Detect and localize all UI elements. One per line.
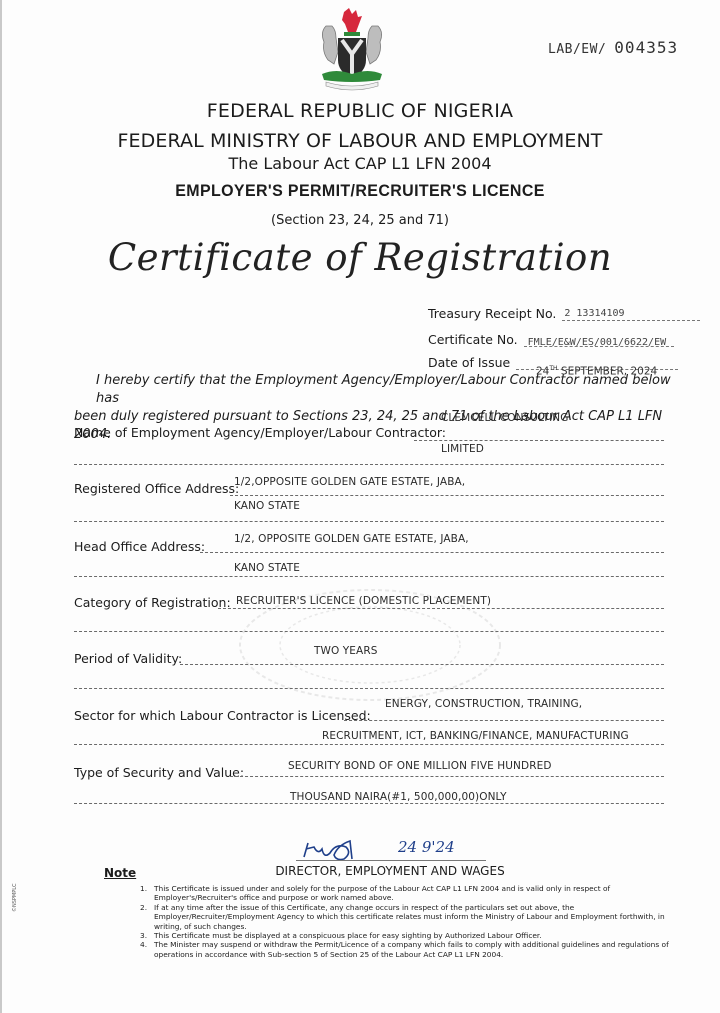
category-rule-2 xyxy=(74,631,664,632)
sector-value-line-1: ENERGY, CONSTRUCTION, TRAINING, xyxy=(385,698,582,710)
certificate-page: LAB/EW/004353 FEDERAL REPUBLIC OF NIGERI… xyxy=(0,0,720,1013)
treasury-receipt-row: Treasury Receipt No. 2 13314109 xyxy=(428,305,700,321)
treasury-receipt-label: Treasury Receipt No. xyxy=(428,306,556,321)
name-value-line-1: CLEMCELL CONSULTING xyxy=(441,412,569,424)
note-item: 2.If at any time after the issue of this… xyxy=(140,903,680,931)
category-value: RECRUITER'S LICENCE (DOMESTIC PLACEMENT) xyxy=(236,595,491,607)
category-rule-1 xyxy=(218,608,664,609)
security-label: Type of Security and Value: xyxy=(74,765,244,780)
certificate-no-label: Certificate No. xyxy=(428,332,518,347)
head-office-rule-2 xyxy=(74,576,664,577)
certificate-no-value: FMLE/E&W/ES/001/6622/EW xyxy=(528,337,666,348)
security-value-line-2: THOUSAND NAIRA(#1, 500,000,00)ONLY xyxy=(290,791,507,803)
registered-office-line-1: 1/2,OPPOSITE GOLDEN GATE ESTATE, JABA, xyxy=(234,476,465,488)
validity-rule-2 xyxy=(74,688,664,689)
sector-label: Sector for which Labour Contractor is Li… xyxy=(74,708,371,723)
name-rule-1 xyxy=(414,440,664,441)
nigeria-coat-of-arms-icon xyxy=(316,8,388,94)
notes-list: 1.This Certificate is issued under and s… xyxy=(140,884,680,959)
act-heading: The Labour Act CAP L1 LFN 2004 xyxy=(0,154,720,173)
validity-value: TWO YEARS xyxy=(314,645,378,657)
head-office-rule-1 xyxy=(200,552,664,553)
sector-rule-2 xyxy=(74,744,664,745)
signature-date: 24 9'24 xyxy=(398,838,455,856)
serial-prefix: LAB/EW/ xyxy=(548,42,606,57)
name-rule-2 xyxy=(74,464,664,465)
treasury-receipt-value: 2 13314109 xyxy=(564,308,624,319)
security-value-line-1: SECURITY BOND OF ONE MILLION FIVE HUNDRE… xyxy=(288,760,552,772)
note-item: 4.The Minister may suspend or withdraw t… xyxy=(140,940,680,959)
name-value-line-2: LIMITED xyxy=(441,443,484,455)
registered-office-line-2: KANO STATE xyxy=(234,500,300,512)
security-rule-2 xyxy=(74,803,664,804)
name-label: Name of Employment Agency/Employer/Labou… xyxy=(74,425,446,440)
signature-line xyxy=(296,860,486,861)
certificate-title: Certificate of Registration xyxy=(0,236,720,279)
date-of-issue-label: Date of Issue xyxy=(428,355,510,370)
registered-office-label: Registered Office Address: xyxy=(74,481,239,496)
security-rule-1 xyxy=(230,776,664,777)
validity-rule-1 xyxy=(180,664,664,665)
sector-rule-1 xyxy=(344,720,664,721)
sections-subheading: (Section 23, 24, 25 and 71) xyxy=(0,213,720,228)
registered-office-rule-1 xyxy=(230,495,664,496)
category-label: Category of Registration: xyxy=(74,595,231,610)
note-item: 1.This Certificate is issued under and s… xyxy=(140,884,680,903)
note-item: 3.This Certificate must be displayed at … xyxy=(140,931,680,940)
ministry-heading: FEDERAL MINISTRY OF LABOUR AND EMPLOYMEN… xyxy=(0,130,720,152)
notes-heading: Note xyxy=(104,866,136,880)
registered-office-rule-2 xyxy=(74,521,664,522)
head-office-label: Head Office Address: xyxy=(74,539,205,554)
watermark-text xyxy=(70,780,86,826)
printer-code: ©NSPMPLC xyxy=(12,883,18,912)
certification-line-1: I hereby certify that the Employment Age… xyxy=(74,372,674,408)
serial-value: 004353 xyxy=(614,38,678,57)
serial-number: LAB/EW/004353 xyxy=(548,38,678,57)
head-office-line-1: 1/2, OPPOSITE GOLDEN GATE ESTATE, JABA, xyxy=(234,533,469,545)
head-office-line-2: KANO STATE xyxy=(234,562,300,574)
country-heading: FEDERAL REPUBLIC OF NIGERIA xyxy=(0,100,720,122)
certificate-no-row: Certificate No. FMLE/E&W/ES/001/6622/EW xyxy=(428,331,674,347)
licence-type-heading: EMPLOYER'S PERMIT/RECRUITER'S LICENCE xyxy=(22,181,699,201)
sector-value-line-2: RECRUITMENT, ICT, BANKING/FINANCE, MANUF… xyxy=(322,730,629,742)
validity-label: Period of Validity: xyxy=(74,651,182,666)
